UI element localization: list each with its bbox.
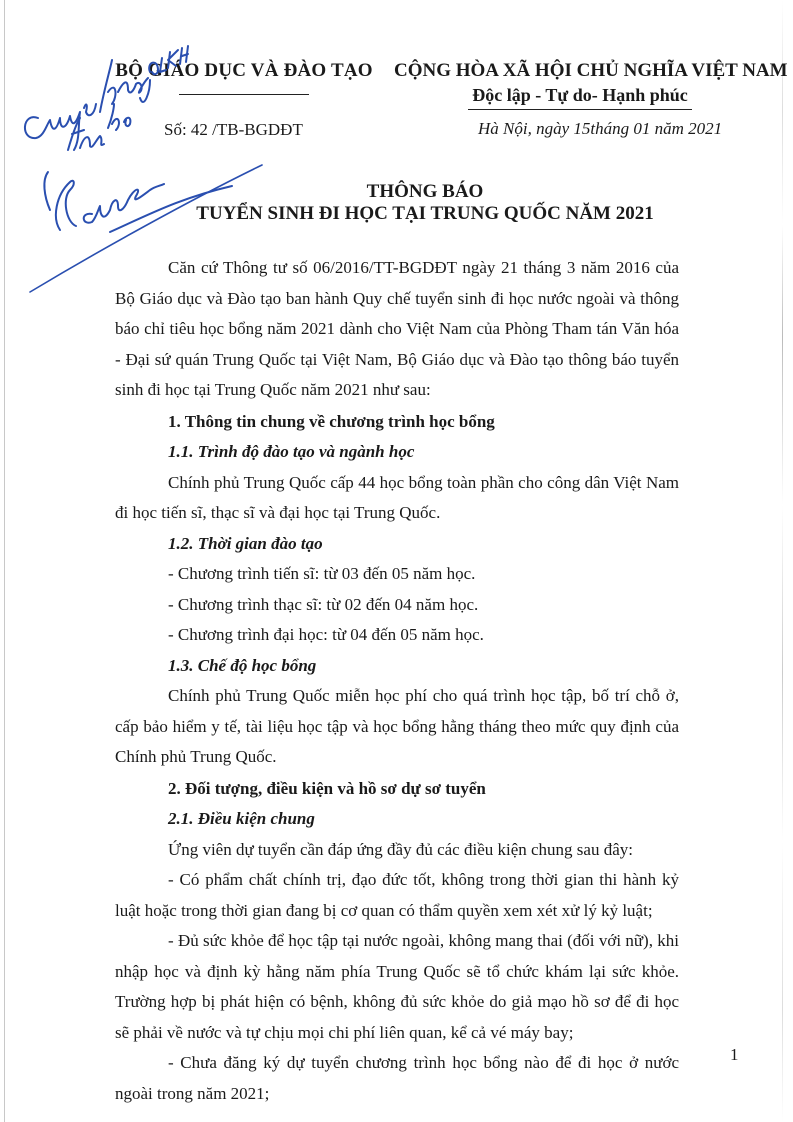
section-1-3-heading: 1.3. Chế độ học bổng <box>115 651 679 682</box>
issuing-agency-block: BỘ GIÁO DỤC VÀ ĐÀO TẠO <box>104 60 384 95</box>
section-2-1-heading: 2.1. Điều kiện chung <box>115 804 679 835</box>
list-item: - Chương trình đại học: từ 04 đến 05 năm… <box>115 620 679 651</box>
section-1-2-heading: 1.2. Thời gian đào tạo <box>115 529 679 560</box>
section-2-heading: 2. Đối tượng, điều kiện và hồ sơ dự sơ t… <box>115 774 679 805</box>
list-item: - Chương trình tiến sĩ: từ 03 đến 05 năm… <box>115 559 679 590</box>
section-1-1-text: Chính phủ Trung Quốc cấp 44 học bổng toà… <box>115 468 679 529</box>
agency-underline <box>179 94 309 95</box>
list-item: - Đủ sức khỏe để học tập tại nước ngoài,… <box>115 926 679 1048</box>
document-number: Số: 42 /TB-BGDĐT <box>164 120 303 140</box>
national-heading-block: CỘNG HÒA XÃ HỘI CHỦ NGHĨA VIỆT NAM Độc l… <box>394 60 766 110</box>
issuing-agency: BỘ GIÁO DỤC VÀ ĐÀO TẠO <box>104 60 384 82</box>
republic-title: CỘNG HÒA XÃ HỘI CHỦ NGHĨA VIỆT NAM <box>394 60 766 82</box>
section-1-1-heading: 1.1. Trình độ đào tạo và ngành học <box>115 437 679 468</box>
national-motto: Độc lập - Tự do- Hạnh phúc <box>468 85 692 110</box>
place-and-date: Hà Nội, ngày 15tháng 01 năm 2021 <box>478 119 722 139</box>
section-1-3-text: Chính phủ Trung Quốc miễn học phí cho qu… <box>115 681 679 773</box>
intro-paragraph: Căn cứ Thông tư số 06/2016/TT-BGDĐT ngày… <box>115 253 679 406</box>
title-line-1: THÔNG BÁO <box>150 181 700 203</box>
section-1-heading: 1. Thông tin chung về chương trình học b… <box>115 407 679 438</box>
list-item: - Chương trình thạc sĩ: từ 02 đến 04 năm… <box>115 590 679 621</box>
document-body: Căn cứ Thông tư số 06/2016/TT-BGDĐT ngày… <box>115 253 679 1109</box>
list-item: - Có phẩm chất chính trị, đạo đức tốt, k… <box>115 865 679 926</box>
page-edge-left <box>4 0 5 1122</box>
document-title: THÔNG BÁO TUYỂN SINH ĐI HỌC TẠI TRUNG QU… <box>150 181 700 225</box>
title-line-2: TUYỂN SINH ĐI HỌC TẠI TRUNG QUỐC NĂM 202… <box>150 203 700 225</box>
list-item: - Chưa đăng ký dự tuyển chương trình học… <box>115 1048 679 1109</box>
page-edge-right <box>782 0 783 1122</box>
section-2-1-intro: Ứng viên dự tuyển cần đáp ứng đầy đủ các… <box>115 835 679 866</box>
page-number: 1 <box>730 1045 739 1065</box>
